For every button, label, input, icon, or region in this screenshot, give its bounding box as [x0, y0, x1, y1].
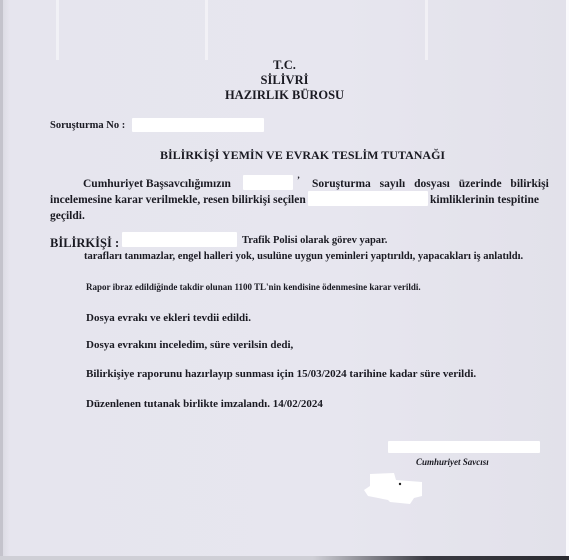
redacted-office-name — [243, 175, 293, 190]
redacted-investigation-no — [132, 118, 264, 132]
redacted-signature-name — [388, 441, 540, 453]
scan-streak — [56, 0, 59, 60]
header-city: SİLİVRİ — [0, 73, 569, 88]
redacted-expert-name — [122, 232, 237, 247]
paragraph-1: Dosya evrakı ve ekleri tevdii edildi. — [86, 312, 251, 324]
scanned-page: T.C. SİLİVRİ HAZIRLIK BÜROSU Soruşturma … — [0, 0, 566, 556]
paragraph-2: Dosya evrakını inceledim, süre verilsin … — [86, 339, 293, 351]
document-title: BİLİRKİŞİ YEMİN VE EVRAK TESLİM TUTANAĞI — [160, 148, 445, 163]
scan-streak — [205, 0, 208, 60]
intro-line2-part1: incelemesine karar verilmekle, resen bil… — [50, 194, 306, 206]
header-tc: T.C. — [0, 58, 569, 73]
redacted-expert-names — [308, 191, 428, 206]
investigation-no-label: Soruşturma No : — [50, 120, 125, 131]
expert-role: Trafik Polisi olarak görev yapar. — [242, 235, 387, 246]
fee-text: Rapor ibraz edildiğinde takdir olunan 11… — [86, 282, 421, 292]
intro-part1: Cumhuriyet Başsavcılığımızın — [83, 178, 231, 190]
intro-line3: geçildi. — [50, 210, 85, 222]
signature-title: Cumhuriyet Savcısı — [416, 457, 489, 467]
redacted-signature-stamp — [360, 470, 430, 510]
intro-line2-part2: kimliklerinin tespitine — [430, 194, 539, 206]
apostrophe-mark: ’ — [297, 175, 300, 185]
scan-streak — [425, 0, 428, 60]
paragraph-4: Düzenlenen tutanak birlikte imzalandı. 1… — [86, 398, 323, 410]
page-bottom-edge — [0, 556, 569, 560]
paragraph-3: Bilirkişiye raporunu hazırlayıp sunması … — [86, 368, 476, 380]
header-office: HAZIRLIK BÜROSU — [0, 88, 569, 103]
intro-part2: Soruşturma sayılı dosyası üzerinde bilir… — [312, 178, 549, 190]
expert-label: BİLİRKİŞİ : — [50, 236, 119, 251]
expert-oath: tarafları tanımazlar, engel halleri yok,… — [84, 251, 523, 262]
